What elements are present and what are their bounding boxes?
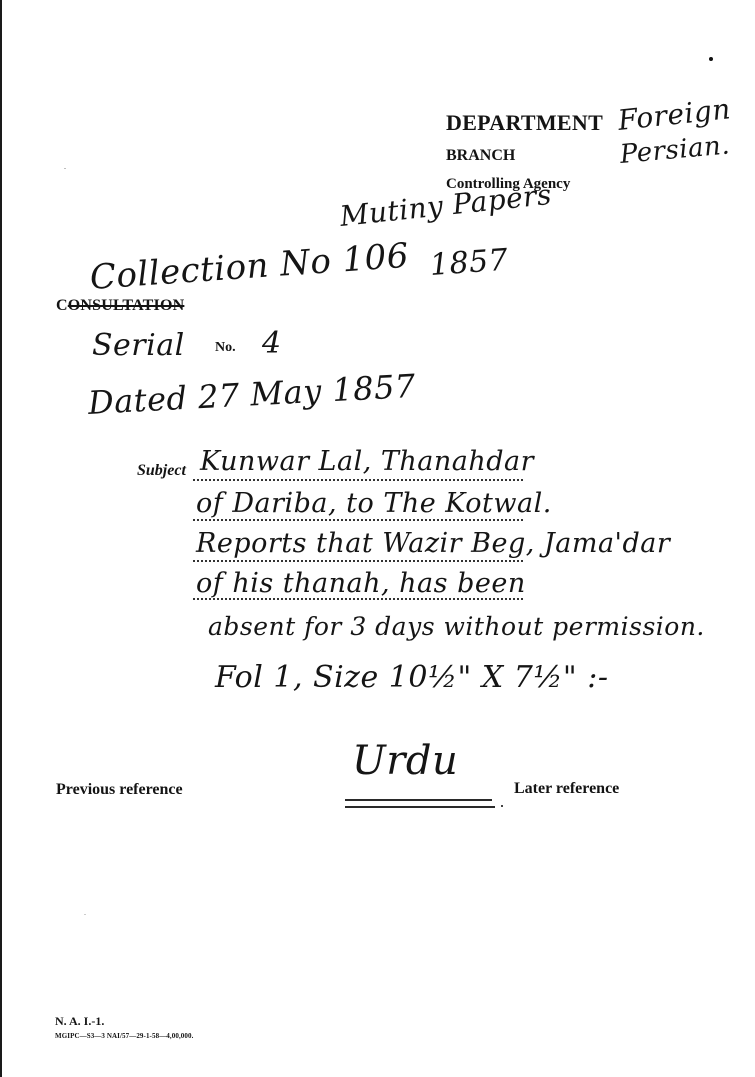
ink-speck <box>501 805 503 807</box>
department-value: Foreign <box>616 92 732 137</box>
collection-year: 1857 <box>429 243 510 283</box>
subject-label: Subject <box>137 462 186 480</box>
subject-dotted-line <box>193 560 523 562</box>
branch-label: BRANCH <box>446 147 515 165</box>
collection-number: Collection No 106 <box>89 236 411 298</box>
subject-line: of Dariba, to The Kotwal. <box>196 488 552 519</box>
form-code: N. A. I.-1. <box>55 1014 104 1029</box>
consultation-label: CONSULTATION <box>56 297 184 315</box>
consultation-label-struck: ONSULTATION <box>68 297 185 314</box>
previous-reference-label: Previous reference <box>56 781 183 799</box>
later-reference-label: Later reference <box>514 780 619 798</box>
subject-line: Reports that Wazir Beg, Jama'dar <box>196 528 670 559</box>
language-underline <box>345 806 495 808</box>
consultation-label-prefix: C <box>56 297 68 314</box>
serial-word: Serial <box>92 328 185 363</box>
ink-speck <box>84 914 86 915</box>
serial-no-label: No. <box>215 340 236 356</box>
page-left-border <box>0 0 2 1077</box>
subject-dotted-line <box>193 519 523 521</box>
folio-size-line: Fol 1, Size 10½" X 7½" :- <box>215 660 609 695</box>
subject-line: absent for 3 days without permission. <box>208 612 705 641</box>
dated-entry: Dated 27 May 1857 <box>87 367 417 422</box>
serial-value: 4 <box>262 326 282 361</box>
subject-line: Kunwar Lal, Thanahdar <box>200 446 534 477</box>
subject-line: of his thanah, has been <box>196 568 526 599</box>
print-line: MGIPC—S3—3 NAI/57—29-1-58—4,00,000. <box>55 1032 193 1040</box>
ink-speck <box>709 57 713 61</box>
subject-dotted-line <box>193 479 523 481</box>
language-underline <box>345 799 492 801</box>
language-entry: Urdu <box>352 738 458 784</box>
ink-speck <box>64 168 66 169</box>
department-label: DEPARTMENT <box>446 110 603 136</box>
branch-value: Persian. <box>619 130 732 170</box>
